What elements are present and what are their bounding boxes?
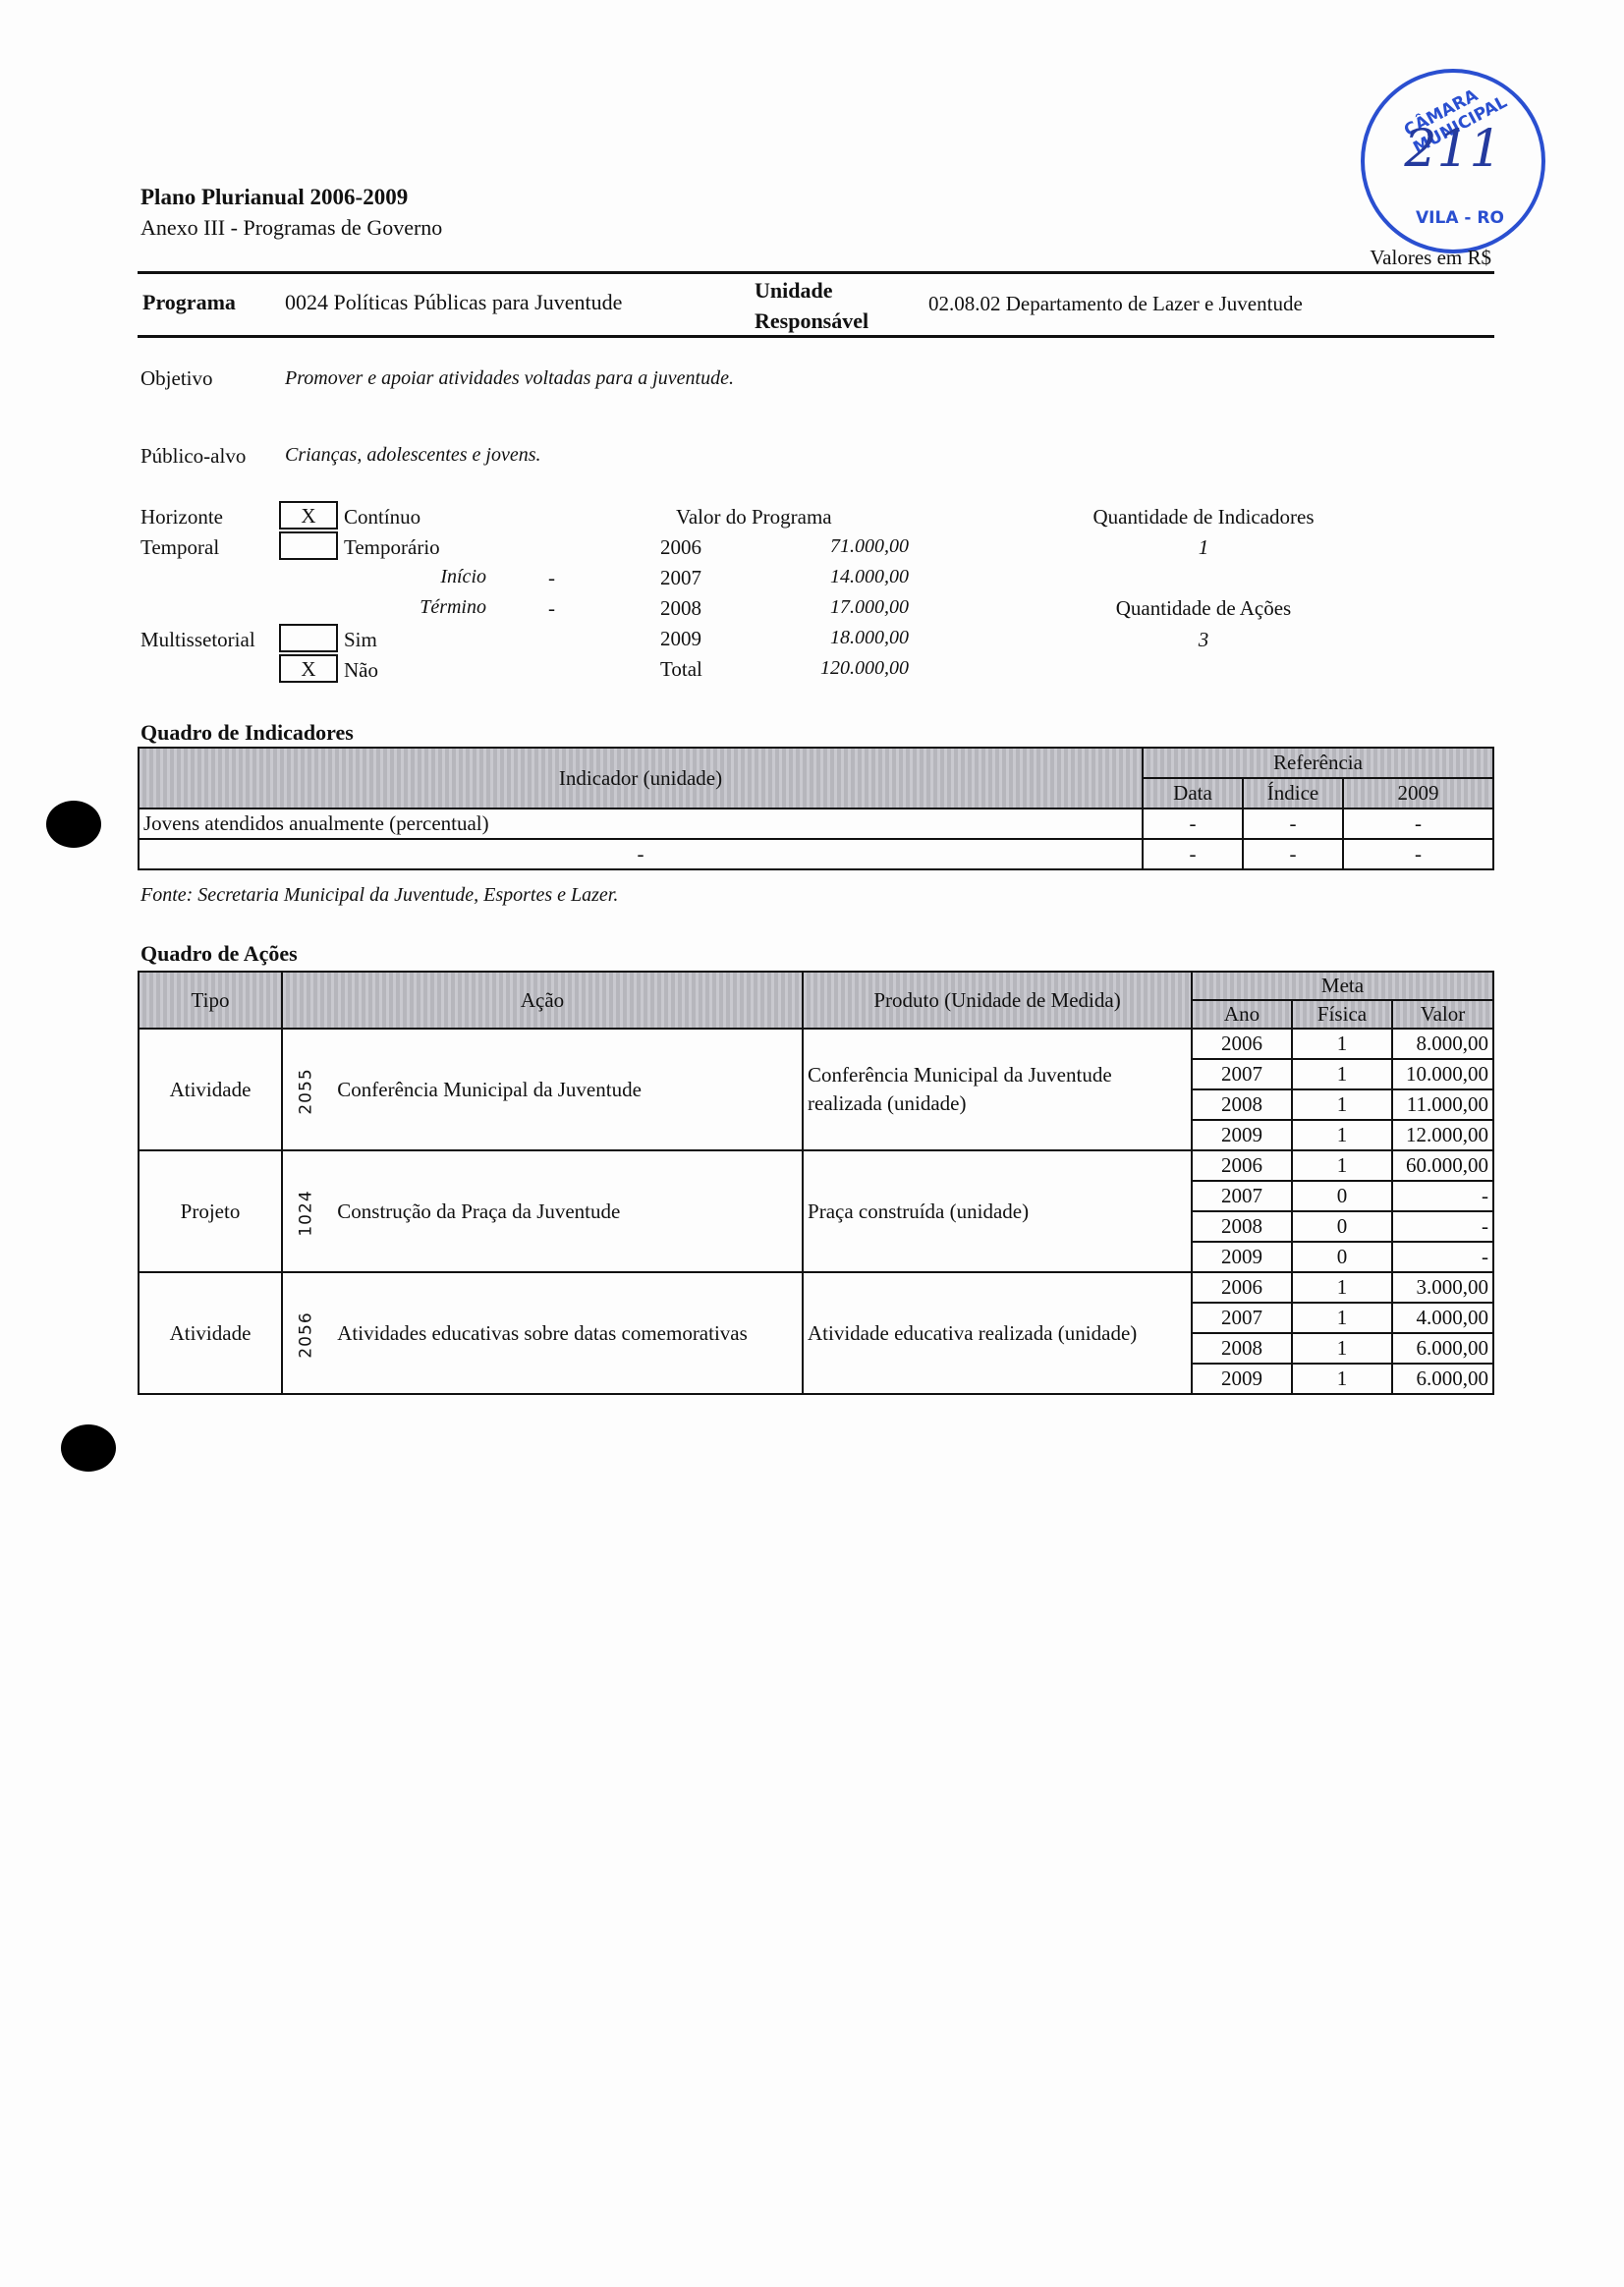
acoes-section-title: Quadro de Ações [140,941,298,967]
termino-label: Término [324,596,486,619]
acao-code: 1024 [297,1190,316,1236]
horizonte-label: Horizonte [140,505,223,530]
programa-value: 0024 Políticas Públicas para Juventude [285,290,622,315]
indicadores-fonte: Fonte: Secretaria Municipal da Juventude… [140,884,618,907]
col-indicador: Indicador (unidade) [139,748,1143,809]
cell-acao: Conferência Municipal da Juventude [329,1029,803,1150]
col-acao: Ação [282,972,803,1029]
cell-ano: 2009 [1192,1120,1292,1150]
cell-ano: 2009 [1192,1242,1292,1272]
temporario-label: Temporário [344,535,440,560]
cell-valor: 8.000,00 [1392,1029,1493,1059]
col-indice: Índice [1243,778,1343,809]
publico-alvo-value: Crianças, adolescentes e jovens. [285,444,541,467]
cell-fisica: 1 [1292,1272,1392,1303]
cell-codigo: 2055 [282,1029,329,1150]
checkbox-temporario[interactable] [279,531,338,560]
cell-fisica: 0 [1292,1242,1392,1272]
cell-fisica: 1 [1292,1150,1392,1181]
col-data: Data [1143,778,1243,809]
qtd-indicadores-value: 1 [1041,535,1366,560]
cell-fisica: 1 [1292,1333,1392,1364]
indicadores-table: Indicador (unidade) Referência Data Índi… [138,747,1494,870]
sim-label: Sim [344,628,377,652]
cell-ano: 2007 [1192,1059,1292,1089]
cell-valor: 3.000,00 [1392,1272,1493,1303]
valor-year: 2006 [660,535,701,560]
currency-note: Valores em R$ [1370,246,1491,270]
cell-fisica: 1 [1292,1120,1392,1150]
qtd-acoes-value: 3 [1041,628,1366,652]
cell-valor: 11.000,00 [1392,1089,1493,1120]
cell-valor: - [1392,1242,1493,1272]
cell-valor: - [1392,1211,1493,1242]
col-fisica: Física [1292,1000,1392,1029]
valor-amount: 120.000,00 [747,657,909,680]
acao-code: 2056 [297,1311,316,1358]
checkbox-sim[interactable] [279,624,338,652]
cell-valor: - [1392,1181,1493,1211]
cell-fisica: 0 [1292,1181,1392,1211]
col-referencia: Referência [1143,748,1493,778]
nao-label: Não [344,658,378,683]
stamp-page-number: 211 [1365,120,1541,179]
table-row: ---- [139,839,1493,869]
header-rule-bottom [138,335,1494,338]
cell-ano: 2008 [1192,1089,1292,1120]
camara-municipal-stamp: CÂMARA MUNICIPAL 211 VILA - RO [1361,69,1545,253]
cell-fisica: 1 [1292,1029,1392,1059]
cell-valor: 4.000,00 [1392,1303,1493,1333]
cell-produto: Conferência Municipal da Juventude reali… [803,1029,1192,1150]
cell-ano: 2008 [1192,1333,1292,1364]
valor-amount: 18.000,00 [747,627,909,649]
checkbox-continuo[interactable]: X [279,501,338,530]
table-row: Atividade2055Conferência Municipal da Ju… [139,1029,1493,1059]
cell-acao: Atividades educativas sobre datas comemo… [329,1272,803,1394]
hole-punch-top [46,801,101,848]
cell-fisica: 1 [1292,1303,1392,1333]
valor-amount: 17.000,00 [747,596,909,619]
cell-fisica: 0 [1292,1211,1392,1242]
cell-fisica: 1 [1292,1364,1392,1394]
indicadores-section-title: Quadro de Indicadores [140,720,354,746]
cell-data: - [1143,809,1243,839]
header-rule-top [138,271,1494,274]
cell-valor: 6.000,00 [1392,1333,1493,1364]
col-valor: Valor [1392,1000,1493,1029]
col-ano: Ano [1192,1000,1292,1029]
hole-punch-bottom [61,1424,116,1472]
inicio-value: - [548,566,555,590]
cell-indice: - [1243,809,1343,839]
publico-alvo-label: Público-alvo [140,444,246,469]
acoes-table: Tipo Ação Produto (Unidade de Medida) Me… [138,971,1494,1395]
cell-y2009: - [1343,839,1493,869]
cell-tipo: Atividade [139,1272,282,1394]
cell-acao: Construção da Praça da Juventude [329,1150,803,1272]
inicio-label: Início [324,566,486,588]
valor-year: Total [660,657,702,682]
cell-valor: 10.000,00 [1392,1059,1493,1089]
cell-valor: 12.000,00 [1392,1120,1493,1150]
cell-ano: 2007 [1192,1303,1292,1333]
cell-codigo: 1024 [282,1150,329,1272]
valor-amount: 71.000,00 [747,535,909,558]
cell-produto: Atividade educativa realizada (unidade) [803,1272,1192,1394]
continuo-label: Contínuo [344,505,420,530]
document-subtitle: Anexo III - Programas de Governo [140,215,442,241]
termino-value: - [548,596,555,621]
cell-valor: 6.000,00 [1392,1364,1493,1394]
valor-year: 2007 [660,566,701,590]
programa-label: Programa [142,290,236,315]
cell-y2009: - [1343,809,1493,839]
cell-fisica: 1 [1292,1059,1392,1089]
table-row: Projeto1024Construção da Praça da Juvent… [139,1150,1493,1181]
unidade-label-line1: Unidade [755,275,868,306]
unidade-responsavel-value: 02.08.02 Departamento de Lazer e Juventu… [928,292,1303,316]
cell-ano: 2009 [1192,1364,1292,1394]
cell-data: - [1143,839,1243,869]
qtd-indicadores-label: Quantidade de Indicadores [1041,505,1366,530]
col-tipo: Tipo [139,972,282,1029]
col-2009: 2009 [1343,778,1493,809]
cell-ano: 2006 [1192,1272,1292,1303]
checkbox-nao[interactable]: X [279,654,338,683]
valor-amount: 14.000,00 [747,566,909,588]
valor-year: 2009 [660,627,701,651]
table-row: Jovens atendidos anualmente (percentual)… [139,809,1493,839]
stamp-text-bottom: VILA - RO [1416,208,1504,228]
valor-programa-label: Valor do Programa [676,505,832,530]
multissetorial-label: Multissetorial [140,628,255,652]
temporal-label: Temporal [140,535,219,560]
cell-valor: 60.000,00 [1392,1150,1493,1181]
cell-ano: 2006 [1192,1150,1292,1181]
cell-tipo: Projeto [139,1150,282,1272]
cell-indicador: - [139,839,1143,869]
cell-tipo: Atividade [139,1029,282,1150]
qtd-acoes-label: Quantidade de Ações [1041,596,1366,621]
objetivo-label: Objetivo [140,366,213,391]
col-meta: Meta [1192,972,1493,1000]
cell-indice: - [1243,839,1343,869]
valor-year: 2008 [660,596,701,621]
cell-ano: 2006 [1192,1029,1292,1059]
cell-ano: 2007 [1192,1181,1292,1211]
unidade-responsavel-label: Unidade Responsável [755,275,868,336]
cell-produto: Praça construída (unidade) [803,1150,1192,1272]
acao-code: 2055 [297,1068,316,1114]
objetivo-value: Promover e apoiar atividades voltadas pa… [285,367,734,390]
cell-indicador: Jovens atendidos anualmente (percentual) [139,809,1143,839]
col-produto: Produto (Unidade de Medida) [803,972,1192,1029]
table-row: Atividade2056Atividades educativas sobre… [139,1272,1493,1303]
cell-ano: 2008 [1192,1211,1292,1242]
cell-codigo: 2056 [282,1272,329,1394]
document-title: Plano Plurianual 2006-2009 [140,185,408,210]
unidade-label-line2: Responsável [755,306,868,336]
cell-fisica: 1 [1292,1089,1392,1120]
